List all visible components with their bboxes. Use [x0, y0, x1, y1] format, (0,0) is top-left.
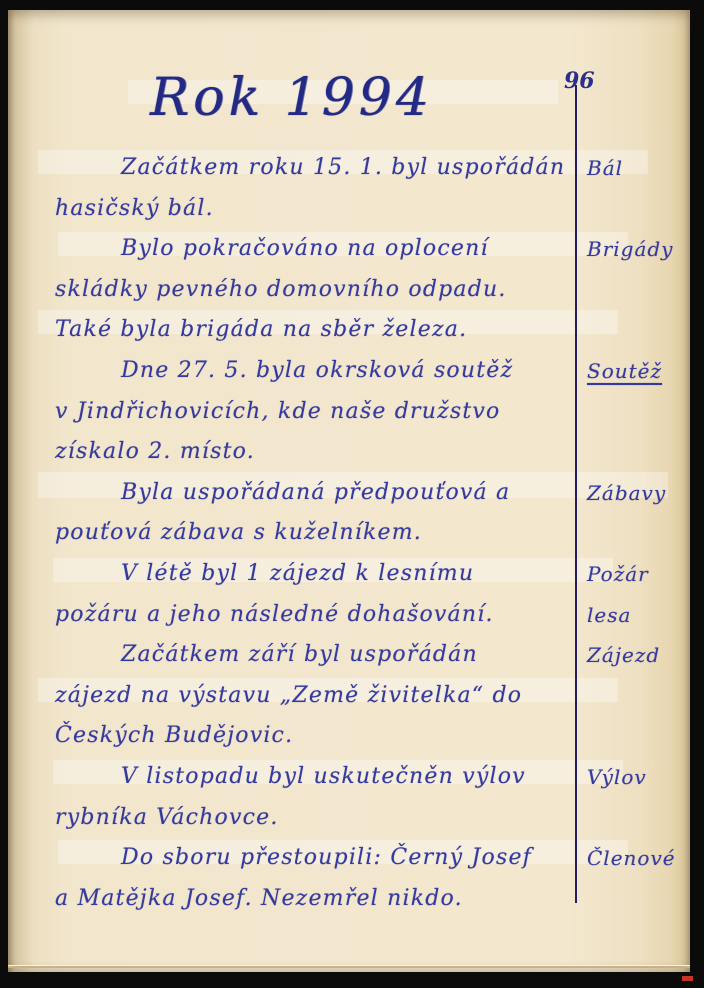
margin-note: Výlov [587, 757, 704, 798]
text-line: skládky pevného domovního odpadu. [55, 270, 580, 311]
scanner-red-artifact [682, 976, 693, 981]
margin-note: Zájezd [587, 635, 704, 676]
text-line: požáru a jeho následné dohašování. [55, 595, 580, 636]
text-line: v Jindřichovicích, kde naše družstvo [55, 392, 580, 433]
line-text: Byla uspořádaná předpouťová a [121, 480, 510, 505]
margin-note: Členové [587, 838, 704, 879]
text-line: V listopadu byl uskutečněn výlov Výlov [55, 757, 580, 798]
paper-bottom-edge [8, 965, 690, 968]
text-line: V létě byl 1 zájezd k lesnímu Požár lesa [55, 554, 580, 595]
text-line: a Matějka Josef. Nezemřel nikdo. [55, 879, 580, 920]
scanned-chronicle-page: { "page": { "number": "96", "title": "Ro… [0, 0, 704, 988]
line-text: Bylo pokračováno na oplocení [121, 236, 489, 261]
margin-note: Soutěž [587, 351, 704, 392]
margin-note: Požár lesa [587, 554, 659, 635]
text-line: Také byla brigáda na sběr železa. [55, 310, 580, 351]
line-text: Dne 27. 5. byla okrsková soutěž [121, 358, 513, 383]
line-text: Začátkem září byl uspořádán [121, 642, 478, 667]
text-line: Dne 27. 5. byla okrsková soutěž Soutěž [55, 351, 580, 392]
text-line: Do sboru přestoupili: Černý Josef Členov… [55, 838, 580, 879]
margin-note: Zábavy [587, 473, 704, 514]
text-line: Českých Budějovic. [55, 716, 580, 757]
line-text: Do sboru přestoupili: Černý Josef [121, 845, 532, 870]
margin-note: Brigády [587, 229, 704, 270]
page-number: 96 [564, 68, 595, 94]
paper-sheet: 96 Rok 1994 Začátkem roku 15. 1. byl usp… [8, 10, 690, 972]
text-line: pouťová zábava s kuželníkem. [55, 513, 580, 554]
text-line: Začátkem roku 15. 1. byl uspořádán Bál [55, 148, 580, 189]
text-line: Byla uspořádaná předpouťová a Zábavy [55, 473, 580, 514]
text-line: Bylo pokračováno na oplocení Brigády [55, 229, 580, 270]
text-line: hasičský bál. [55, 189, 580, 230]
line-text: Začátkem roku 15. 1. byl uspořádán [121, 155, 565, 180]
line-text: V létě byl 1 zájezd k lesnímu [121, 561, 474, 586]
line-text: V listopadu byl uskutečněn výlov [121, 764, 526, 789]
main-text-column: Začátkem roku 15. 1. byl uspořádán Bál h… [55, 148, 580, 919]
text-line: Začátkem září byl uspořádán Zájezd [55, 635, 580, 676]
text-line: získalo 2. místo. [55, 432, 580, 473]
margin-note: Bál [587, 148, 704, 189]
page-title: Rok 1994 [150, 68, 480, 128]
text-line: rybníka Váchovce. [55, 798, 580, 839]
text-line: zájezd na výstavu „Země živitelka“ do [55, 676, 580, 717]
